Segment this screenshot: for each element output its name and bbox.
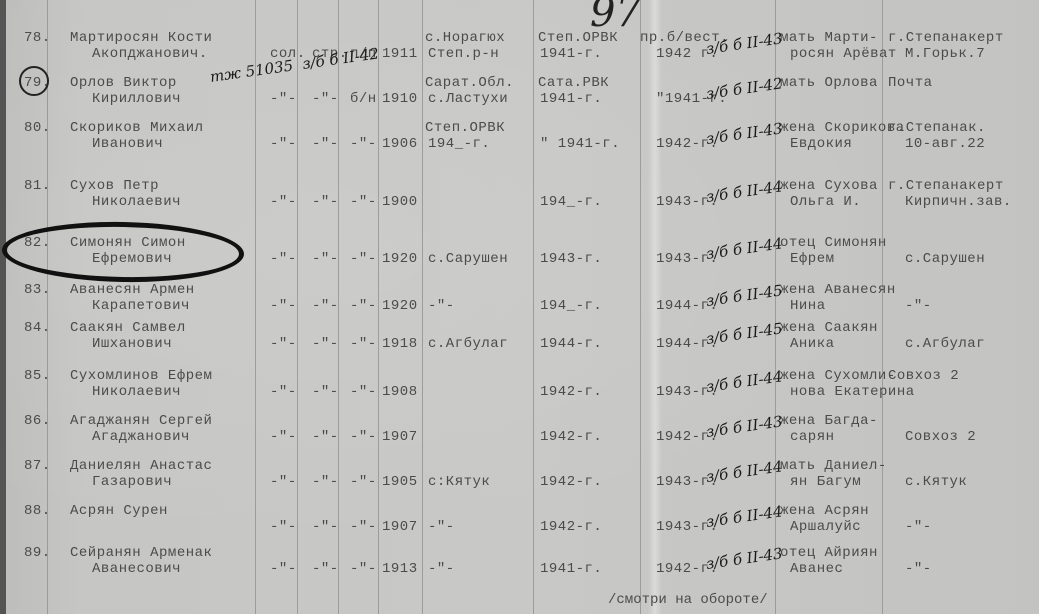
cell-post: -"- [350, 136, 377, 152]
cell-birthplace-line2: с:Кятук [428, 474, 490, 490]
cell-rank: -"- [270, 384, 297, 400]
cell-unit: -"- [312, 251, 339, 267]
cell-address-line2: с.Агбулаг [905, 336, 985, 352]
cell-post: -"- [350, 251, 377, 267]
cell-relative-line1: жена Аванесян [780, 282, 896, 298]
cell-birthplace-line2: с.Сарушен [428, 251, 508, 267]
cell-birthplace-line1: Степ.ОРВК [425, 120, 505, 136]
cell-num: 89. [24, 545, 51, 561]
cell-name-line1: Сейранян Арменак [70, 545, 212, 561]
handwritten-annotation: з/б б II-44 [705, 457, 784, 486]
cell-unit: -"- [312, 384, 339, 400]
cell-rank: -"- [270, 429, 297, 445]
cell-num: 80. [24, 120, 51, 136]
cell-name-line1: Орлов Виктор [70, 75, 177, 91]
cell-drafted-line2: 1941-г. [540, 91, 602, 107]
footer-note: /смотри на обороте/ [608, 592, 768, 608]
cell-name-line2: Аванесович [92, 561, 181, 577]
table-row: 85.Сухомлинов ЕфремНиколаевич-"--"--"-19… [0, 368, 1039, 418]
cell-name-line2: Николаевич [92, 384, 181, 400]
cell-rank: -"- [270, 136, 297, 152]
cell-birthplace-line2: 194_-г. [428, 136, 490, 152]
handwritten-annotation: з/б б II-43 [705, 544, 784, 573]
cell-unit: -"- [312, 336, 339, 352]
cell-birth-year: 1906 [382, 136, 418, 152]
cell-relative-line2: росян Арёват [790, 46, 897, 62]
handwritten-annotation: з/б б II-45 [705, 319, 784, 348]
handwritten-annotation: з/б б II-42 [705, 74, 784, 103]
cell-drafted-line1: Степ.ОРВК [538, 30, 618, 46]
cell-unit: -"- [312, 561, 339, 577]
table-row: 89.Сейранян АрменакАванесович-"--"--"-19… [0, 545, 1039, 595]
cell-rank: -"- [270, 298, 297, 314]
cell-unit: -"- [312, 519, 339, 535]
cell-address-line2: -"- [905, 561, 932, 577]
cell-num: 81. [24, 178, 51, 194]
cell-address-line1: г.Степанакерт [888, 30, 1004, 46]
cell-relative-line1: жена Багда- [780, 413, 878, 429]
cell-relative-line1: отец Айриян [780, 545, 878, 561]
cell-address-line1: Почта [888, 75, 933, 91]
cell-birth-year: 1911 [382, 46, 418, 62]
cell-relative-line1: жена Скорикова [780, 120, 905, 136]
cell-birth-year: 1900 [382, 194, 418, 210]
cell-post: -"- [350, 298, 377, 314]
cell-post: -"- [350, 519, 377, 535]
cell-name-line2: Карапетович [92, 298, 190, 314]
cell-rank: -"- [270, 251, 297, 267]
cell-relative-line2: Аванес [790, 561, 843, 577]
cell-address-line2: Кирпичн.зав. [905, 194, 1012, 210]
cell-address-line2: М.Горьк.7 [905, 46, 985, 62]
cell-name-line2: Николаевич [92, 194, 181, 210]
cell-birth-year: 1920 [382, 251, 418, 267]
cell-name-line1: Аванесян Армен [70, 282, 195, 298]
cell-name-line1: Саакян Самвел [70, 320, 186, 336]
cell-unit: -"- [312, 136, 339, 152]
cell-name-line1: Асрян Сурен [70, 503, 168, 519]
table-row: 81.Сухов ПетрНиколаевич-"--"--"-1900194_… [0, 178, 1039, 228]
cell-birthplace-line1: Сарат.Обл. [425, 75, 514, 91]
cell-birth-year: 1907 [382, 519, 418, 535]
cell-birthplace-line1: с.Норагюх [425, 30, 505, 46]
cell-relative-line1: отец Симонян [780, 235, 887, 251]
cell-relative-line1: мать Марти- [780, 30, 878, 46]
cell-birthplace-line2: с.Агбулаг [428, 336, 508, 352]
cell-relative-line2: сарян [790, 429, 835, 445]
cell-relative-line2: Аршалуйс [790, 519, 861, 535]
table-row: 78.Мартиросян КостиАкопджанович.сол.стр.… [0, 30, 1039, 80]
cell-address-line2: с.Сарушен [905, 251, 985, 267]
cell-birthplace-line2: -"- [428, 298, 455, 314]
cell-address-line2: 10-авг.22 [905, 136, 985, 152]
handwritten-annotation: з/б б II-44 [705, 502, 784, 531]
cell-drafted-line1: Сата.РВК [538, 75, 609, 91]
cell-name-line2: Кириллович [92, 91, 181, 107]
cell-drafted-line2: 1944-г. [540, 336, 602, 352]
cell-drafted-line2: 1942-г. [540, 384, 602, 400]
cell-num: 82. [24, 235, 51, 251]
cell-birth-year: 1913 [382, 561, 418, 577]
cell-relative-line1: мать Орлова [780, 75, 878, 91]
handwritten-annotation: з/б б II-44 [705, 177, 784, 206]
handwritten-annotation: з/б б II-43 [705, 412, 784, 441]
cell-birth-year: 1907 [382, 429, 418, 445]
cell-drafted-line2: 1941-г. [540, 46, 602, 62]
cell-address-line2: Совхоз 2 [905, 429, 976, 445]
cell-relative-line2: ян Багум [790, 474, 861, 490]
cell-birth-year: 1920 [382, 298, 418, 314]
cell-rank: -"- [270, 474, 297, 490]
cell-name-line1: Скориков Михаил [70, 120, 204, 136]
cell-birthplace-line2: -"- [428, 519, 455, 535]
cell-birth-year: 1908 [382, 384, 418, 400]
cell-address-line1: г.Степанакерт [888, 178, 1004, 194]
cell-drafted-line2: 1942-г. [540, 429, 602, 445]
cell-rank: -"- [270, 336, 297, 352]
cell-relative-line2: Нина [790, 298, 826, 314]
cell-birthplace-line2: Степ.р-н [428, 46, 499, 62]
cell-post: -"- [350, 384, 377, 400]
cell-rank: -"- [270, 194, 297, 210]
cell-name-line2: Ефремович [92, 251, 172, 267]
cell-name-line2: Ишханович [92, 336, 172, 352]
cell-name-line2: Газарович [92, 474, 172, 490]
cell-birth-year: 1910 [382, 91, 418, 107]
cell-name-line1: Агаджанян Сергей [70, 413, 212, 429]
cell-relative-line2: Ефрем [790, 251, 835, 267]
handwritten-annotation: з/б б II-44 [705, 234, 784, 263]
cell-num: 88. [24, 503, 51, 519]
cell-rank: -"- [270, 561, 297, 577]
cell-num: 86. [24, 413, 51, 429]
scanned-register-page: 97 78.Мартиросян КостиАкопджанович.сол.с… [0, 0, 1039, 614]
table-row: 84.Саакян СамвелИшханович-"--"--"-1918с.… [0, 320, 1039, 370]
cell-address-line2: с.Кятук [905, 474, 967, 490]
cell-relative-line2: нова Екатерина [790, 384, 915, 400]
cell-birth-year: 1918 [382, 336, 418, 352]
cell-name-line1: Даниелян Анастас [70, 458, 212, 474]
cell-birth-year: 1905 [382, 474, 418, 490]
cell-drafted-line2: 1941-г. [540, 561, 602, 577]
cell-relative-line1: жена Сухова [780, 178, 878, 194]
cell-rank: -"- [270, 519, 297, 535]
cell-drafted-line2: 1942-г. [540, 519, 602, 535]
cell-birthplace-line2: с.Ластухи [428, 91, 508, 107]
handwritten-annotation: з/б б II-45 [705, 281, 784, 310]
cell-relative-line2: Ольга И. [790, 194, 861, 210]
cell-unit: -"- [312, 298, 339, 314]
cell-name-line1: Сухов Петр [70, 178, 159, 194]
cell-unit: -"- [312, 194, 339, 210]
cell-unit: -"- [312, 474, 339, 490]
cell-drafted-line2: 1943-г. [540, 251, 602, 267]
cell-post: -"- [350, 336, 377, 352]
cell-num: 78. [24, 30, 51, 46]
cell-name-line1: Сухомлинов Ефрем [70, 368, 212, 384]
cell-post: -"- [350, 474, 377, 490]
cell-address-line2: -"- [905, 519, 932, 535]
cell-num: 83. [24, 282, 51, 298]
cell-name-line1: Симонян Симон [70, 235, 186, 251]
table-row: 86.Агаджанян СергейАгаджанович-"--"--"-1… [0, 413, 1039, 463]
table-row: 80.Скориков МихаилИванович-"--"--"-1906С… [0, 120, 1039, 170]
cell-unit: -"- [312, 429, 339, 445]
cell-post: -"- [350, 561, 377, 577]
cell-relative-line1: жена Сухомли- [780, 368, 896, 384]
cell-name-line2: Акопджанович. [92, 46, 208, 62]
table-row: 79.Орлов ВикторКириллович-"--"-б/н1910Са… [0, 75, 1039, 125]
cell-rank: -"- [270, 91, 297, 107]
cell-num: 79. [24, 75, 51, 91]
handwritten-annotation: з/б б II-44 [705, 367, 784, 396]
cell-drafted-line2: " 1941-г. [540, 136, 620, 152]
cell-relative-line1: жена Асрян [780, 503, 869, 519]
cell-post: б/н [350, 91, 377, 107]
cell-relative-line2: Евдокия [790, 136, 852, 152]
table-row: 82.Симонян СимонЕфремович-"--"--"-1920с.… [0, 235, 1039, 285]
cell-address-line1: г.Степанак. [888, 120, 986, 136]
cell-name-line1: Мартиросян Кости [70, 30, 212, 46]
cell-relative-line1: мать Даниел- [780, 458, 887, 474]
cell-drafted-line2: 194_-г. [540, 194, 602, 210]
cell-address-line1: Совхоз 2 [888, 368, 959, 384]
cell-name-line2: Иванович [92, 136, 163, 152]
table-row: 87.Даниелян АнастасГазарович-"--"--"-190… [0, 458, 1039, 508]
cell-drafted-line2: 1942-г. [540, 474, 602, 490]
cell-post: -"- [350, 194, 377, 210]
cell-relative-line2: Аника [790, 336, 835, 352]
handwritten-annotation: з/б б II-43 [705, 119, 784, 148]
cell-relative-line1: жена Саакян [780, 320, 878, 336]
cell-num: 84. [24, 320, 51, 336]
cell-birthplace-line2: -"- [428, 561, 455, 577]
cell-name-line2: Агаджанович [92, 429, 190, 445]
cell-num: 85. [24, 368, 51, 384]
cell-post: -"- [350, 429, 377, 445]
cell-num: 87. [24, 458, 51, 474]
cell-address-line2: -"- [905, 298, 932, 314]
cell-unit: -"- [312, 91, 339, 107]
cell-drafted-line2: 194_-г. [540, 298, 602, 314]
